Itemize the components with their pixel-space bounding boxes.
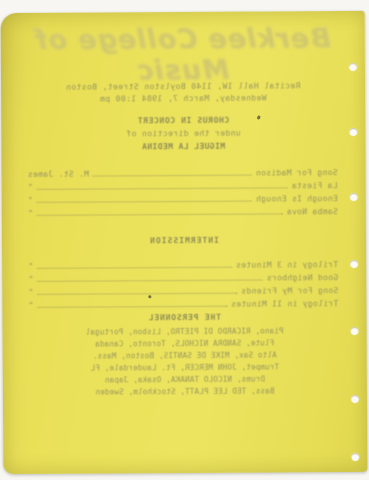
- berklee-logo: Berklee College of Music: [1, 23, 365, 87]
- program-row: Trilogy in 3 Minutes ": [28, 256, 338, 271]
- ditto-mark: ": [28, 301, 33, 310]
- punch-hole: [350, 193, 358, 201]
- composer-name: M. St. James: [28, 170, 89, 179]
- dotted-leader: [93, 175, 252, 177]
- ditto-mark: ": [28, 183, 33, 192]
- venue-line: Recital Hall 1W, 1140 Boylston Street, B…: [1, 81, 365, 92]
- direction-label: under the direction of: [1, 128, 365, 139]
- dotted-leader: [37, 267, 232, 269]
- director-name: MIGUEL LA MEDINA: [1, 141, 365, 152]
- program-row: Trilogy in 11 Minutes ": [28, 295, 338, 310]
- punch-hole: [349, 63, 357, 71]
- ditto-mark: ": [28, 209, 33, 218]
- date-line: Wednesday, March 7, 1984 1:00 pm: [1, 93, 365, 104]
- program-row: Enough Is Enough ": [28, 190, 338, 205]
- punch-hole: [351, 395, 359, 403]
- program-first-half: Song For Madison M. St. James La Fiesta …: [28, 164, 338, 218]
- program-row: Good Neighbors ": [28, 269, 338, 284]
- program-row: La Fiesta ": [28, 177, 338, 192]
- intermission-heading: INTERMISSION: [2, 235, 366, 246]
- piece-title: Samba Nova: [287, 207, 338, 216]
- dotted-leader: [38, 306, 227, 308]
- program-row: Song For Madison M. St. James: [28, 164, 338, 179]
- piece-title: Song For My Friends: [241, 286, 338, 296]
- piece-title: La Fiesta: [292, 181, 338, 190]
- personnel-heading: THE PERSONNEL: [2, 312, 366, 323]
- dotted-leader: [37, 293, 237, 295]
- ditto-mark: ": [28, 196, 33, 205]
- ink-speck: [148, 295, 151, 298]
- program-row: Samba Nova ": [28, 203, 338, 218]
- piece-title: Trilogy in 11 Minutes: [231, 299, 339, 309]
- punch-hole: [351, 453, 359, 461]
- piece-title: Enough Is Enough: [256, 194, 338, 203]
- dotted-leader: [37, 280, 262, 282]
- piece-title: Song For Madison: [256, 168, 338, 177]
- scanned-program-page: Berklee College of Music Recital Hall 1W…: [1, 11, 368, 474]
- ditto-mark: ": [28, 275, 33, 284]
- program-row: Song For My Friends ": [28, 282, 338, 297]
- ditto-mark: ": [28, 262, 33, 271]
- piece-title: Trilogy in 3 Minutes: [236, 260, 338, 270]
- punch-hole: [351, 327, 359, 335]
- punch-hole: [349, 128, 357, 136]
- personnel-list: Piano, RICARDO DI PIETRO, Lisbon, Portug…: [3, 325, 367, 399]
- punch-hole: [350, 260, 358, 268]
- personnel-line: Bass, TED LEE PLATT, Stockholm, Sweden: [3, 385, 367, 399]
- program-second-half: Trilogy in 3 Minutes " Good Neighbors " …: [28, 256, 338, 310]
- ditto-mark: ": [28, 288, 33, 297]
- mirrored-text-layer: Berklee College of Music Recital Hall 1W…: [1, 11, 368, 474]
- dotted-leader: [37, 213, 283, 216]
- dotted-leader: [37, 187, 288, 190]
- dotted-leader: [37, 201, 252, 203]
- concert-title: CHORUS IN CONCERT: [1, 115, 365, 126]
- piece-title: Good Neighbors: [267, 273, 339, 282]
